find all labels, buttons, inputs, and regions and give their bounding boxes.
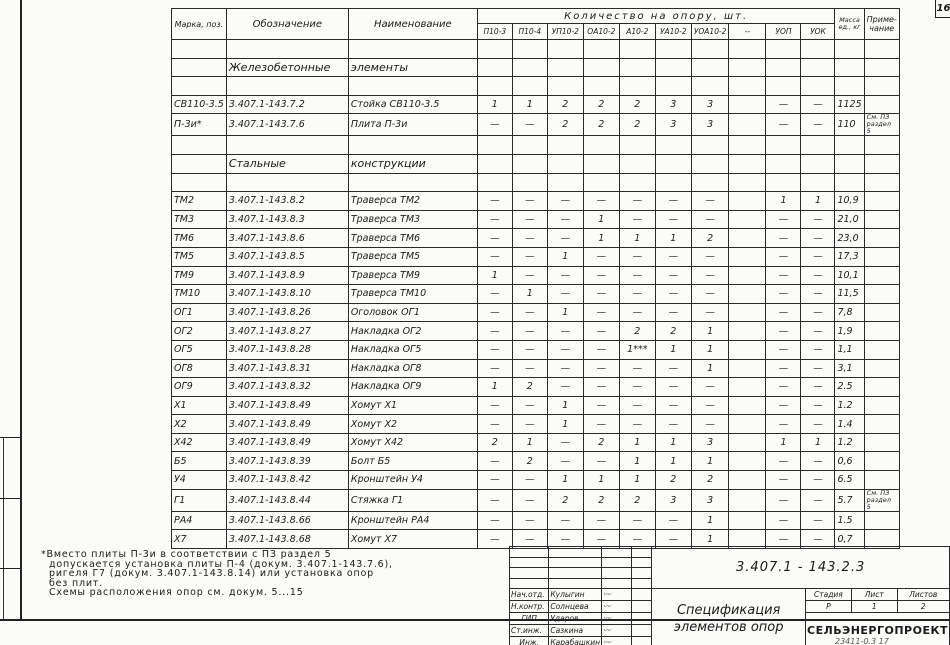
mark-cell: ТМ5 xyxy=(172,247,227,266)
quantity-cell: — xyxy=(801,511,835,530)
quantity-cell: — xyxy=(512,229,547,248)
mark-cell: Б5 xyxy=(172,452,227,471)
mass-cell: 5.7 xyxy=(835,489,864,511)
quantity-cell: — xyxy=(691,210,729,229)
quantity-cell: — xyxy=(512,303,547,322)
quantity-cell: — xyxy=(547,433,583,452)
table-row: РА43.407.1-143.8.66Кронштейн РА4——————1—… xyxy=(172,511,900,530)
designation-cell: 3.407.1-143.8.5 xyxy=(226,247,348,266)
mass-cell: 2.5 xyxy=(835,378,864,397)
quantity-cell: — xyxy=(619,303,655,322)
quantity-cell: 1 xyxy=(547,396,583,415)
quantity-cell: — xyxy=(766,303,801,322)
quantity-cell: — xyxy=(477,229,512,248)
mark-cell: Х1 xyxy=(172,396,227,415)
quantity-cell: 1 xyxy=(691,359,729,378)
quantity-cell: — xyxy=(801,489,835,511)
note-cell xyxy=(864,340,899,359)
note-cell xyxy=(864,415,899,434)
quantity-cell: — xyxy=(547,511,583,530)
quantity-cell: 1 xyxy=(477,95,512,114)
mark-cell: ОГ1 xyxy=(172,303,227,322)
quantity-cell: — xyxy=(766,247,801,266)
signature: 〰 xyxy=(602,613,632,625)
mass-cell: 1.2 xyxy=(835,433,864,452)
header-mark: Марка, поз. xyxy=(172,9,227,40)
section-spacer xyxy=(172,154,227,173)
quantity-cell: 3 xyxy=(691,95,729,114)
mass-cell: 1.2 xyxy=(835,396,864,415)
quantity-cell: — xyxy=(583,415,619,434)
mark-cell: Х42 xyxy=(172,433,227,452)
document-code: 3.407.1 - 143.2.3 xyxy=(652,547,950,589)
empty-row xyxy=(172,136,900,155)
staff-role: Инж. xyxy=(510,637,549,645)
quantity-cell: 1 xyxy=(583,229,619,248)
quantity-cell: 1 xyxy=(477,266,512,285)
section-title-cont: элементы xyxy=(348,58,477,77)
quantity-cell: 1 xyxy=(655,433,691,452)
quantity-cell: — xyxy=(766,452,801,471)
support-type-header: П10-3 xyxy=(477,24,512,40)
note-cell xyxy=(864,471,899,490)
note-cell xyxy=(864,378,899,397)
header-quantity: Количество на опору, шт. xyxy=(477,9,835,24)
name-cell: Хомут Х1 xyxy=(348,396,477,415)
name-cell: Траверса ТМ10 xyxy=(348,285,477,304)
quantity-cell: — xyxy=(619,285,655,304)
quantity-cell: — xyxy=(766,471,801,490)
designation-cell: 3.407.1-143.8.44 xyxy=(226,489,348,511)
quantity-cell: 1 xyxy=(619,229,655,248)
quantity-cell xyxy=(729,359,766,378)
quantity-cell xyxy=(729,489,766,511)
quantity-cell: — xyxy=(512,266,547,285)
quantity-cell: 2 xyxy=(691,471,729,490)
quantity-cell xyxy=(729,396,766,415)
quantity-cell xyxy=(729,415,766,434)
quantity-cell: 1 xyxy=(801,433,835,452)
name-cell: Кронштейн У4 xyxy=(348,471,477,490)
header-mass: Масса ед., кг xyxy=(835,9,864,40)
quantity-cell: 1 xyxy=(655,229,691,248)
quantity-cell: — xyxy=(512,114,547,136)
empty-row xyxy=(172,40,900,59)
bottom-code: 23411-0.3 17 xyxy=(835,637,889,645)
name-cell: Накладка ОГ9 xyxy=(348,378,477,397)
table-row: СВ110-3.53.407.1-143.7.2Стойка СВ110-3.5… xyxy=(172,95,900,114)
signature: 〰 xyxy=(602,625,632,637)
quantity-cell xyxy=(729,266,766,285)
note-cell xyxy=(864,452,899,471)
footnote: *Вместо плиты П-3и в соответствии с ПЗ р… xyxy=(41,550,393,598)
quantity-cell: — xyxy=(583,266,619,285)
quantity-cell: — xyxy=(619,192,655,211)
quantity-cell: — xyxy=(583,303,619,322)
quantity-cell: 2 xyxy=(512,452,547,471)
quantity-cell: 2 xyxy=(547,114,583,136)
staff-name: Кулыгин xyxy=(549,589,602,601)
quantity-cell: — xyxy=(801,322,835,341)
quantity-cell xyxy=(729,229,766,248)
note-cell: См. ПЗ раздел 5 xyxy=(864,114,899,136)
name-cell: Накладка ОГ5 xyxy=(348,340,477,359)
quantity-cell: — xyxy=(655,415,691,434)
quantity-cell: 2 xyxy=(619,322,655,341)
quantity-cell: 1 xyxy=(547,415,583,434)
quantity-cell xyxy=(729,303,766,322)
footnote-line: Схемы расположения опор см. докум. 5...1… xyxy=(41,588,393,598)
quantity-cell: — xyxy=(655,247,691,266)
quantity-cell: — xyxy=(801,247,835,266)
designation-cell: 3.407.1-143.8.66 xyxy=(226,511,348,530)
quantity-cell: 2 xyxy=(583,489,619,511)
table-row: ОГ53.407.1-143.8.28Накладка ОГ5————1***1… xyxy=(172,340,900,359)
quantity-cell: — xyxy=(766,266,801,285)
table-row: ТМ23.407.1-143.8.2Траверса ТМ2———————111… xyxy=(172,192,900,211)
quantity-cell: — xyxy=(655,359,691,378)
table-row: ОГ23.407.1-143.8.27Накладка ОГ2————221——… xyxy=(172,322,900,341)
mass-cell: 110 xyxy=(835,114,864,136)
quantity-cell: — xyxy=(766,378,801,397)
table-row: ОГ93.407.1-143.8.32Накладка ОГ912———————… xyxy=(172,378,900,397)
mass-cell: 1125 xyxy=(835,95,864,114)
name-cell: Траверса ТМ3 xyxy=(348,210,477,229)
quantity-cell: 2 xyxy=(619,489,655,511)
quantity-cell xyxy=(729,285,766,304)
mark-cell: ТМ9 xyxy=(172,266,227,285)
quantity-cell: 1 xyxy=(801,192,835,211)
quantity-cell: 3 xyxy=(655,114,691,136)
mass-cell: 21,0 xyxy=(835,210,864,229)
section-header-row: Железобетонныеэлементы xyxy=(172,58,900,77)
quantity-cell: — xyxy=(766,285,801,304)
name-cell: Хомут Х42 xyxy=(348,433,477,452)
quantity-cell: — xyxy=(477,396,512,415)
quantity-cell xyxy=(729,192,766,211)
table-row: Г13.407.1-143.8.44Стяжка Г1——22233——5.7С… xyxy=(172,489,900,511)
quantity-cell: — xyxy=(801,378,835,397)
quantity-cell: — xyxy=(512,359,547,378)
quantity-cell xyxy=(729,322,766,341)
quantity-cell: — xyxy=(512,396,547,415)
document-title-line2: элементов опор xyxy=(653,619,804,636)
staff-name: Сазкина xyxy=(549,625,602,637)
mark-cell: Х2 xyxy=(172,415,227,434)
quantity-cell: 1 xyxy=(766,192,801,211)
quantity-cell: — xyxy=(801,229,835,248)
name-cell: Кронштейн РА4 xyxy=(348,511,477,530)
quantity-cell: — xyxy=(801,415,835,434)
name-cell: Накладка ОГ2 xyxy=(348,322,477,341)
quantity-cell: 3 xyxy=(655,95,691,114)
quantity-cell: — xyxy=(691,247,729,266)
name-cell: Траверса ТМ9 xyxy=(348,266,477,285)
mark-cell: ОГ2 xyxy=(172,322,227,341)
quantity-cell: 1 xyxy=(512,285,547,304)
quantity-cell: — xyxy=(691,192,729,211)
quantity-cell: — xyxy=(547,229,583,248)
staff-name: Солнцева xyxy=(549,601,602,613)
header-name: Наименование xyxy=(348,9,477,40)
quantity-cell: — xyxy=(801,452,835,471)
quantity-cell xyxy=(729,95,766,114)
designation-cell: 3.407.1-143.8.49 xyxy=(226,415,348,434)
signature: 〰 xyxy=(602,589,632,601)
quantity-cell: — xyxy=(619,415,655,434)
name-cell: Болт Б5 xyxy=(348,452,477,471)
quantity-cell xyxy=(729,452,766,471)
quantity-cell: 1 xyxy=(547,303,583,322)
quantity-cell: — xyxy=(655,192,691,211)
quantity-cell: 2 xyxy=(477,433,512,452)
support-type-header: УОК xyxy=(801,24,835,40)
quantity-cell: — xyxy=(583,452,619,471)
mark-cell: ОГ5 xyxy=(172,340,227,359)
sheets-value: 2 xyxy=(897,601,949,613)
quantity-cell: — xyxy=(477,322,512,341)
mass-cell: 1,9 xyxy=(835,322,864,341)
name-cell: Траверса ТМ2 xyxy=(348,192,477,211)
support-type-header: УП10-2 xyxy=(547,24,583,40)
quantity-cell: 2 xyxy=(547,95,583,114)
header-note: Приме-чание xyxy=(864,9,899,40)
quantity-cell: — xyxy=(583,378,619,397)
support-type-header: П10-4 xyxy=(512,24,547,40)
designation-cell: 3.407.1-143.8.28 xyxy=(226,340,348,359)
mass-cell: 1.5 xyxy=(835,511,864,530)
quantity-cell: 1 xyxy=(655,452,691,471)
quantity-cell: — xyxy=(547,452,583,471)
section-title-cont: конструкции xyxy=(348,154,477,173)
support-type-header: УОА10-2 xyxy=(691,24,729,40)
quantity-cell: — xyxy=(655,210,691,229)
name-cell: Хомут Х2 xyxy=(348,415,477,434)
support-type-header: ОА10-2 xyxy=(583,24,619,40)
staff-role: ГИП xyxy=(510,613,549,625)
quantity-cell: — xyxy=(619,359,655,378)
designation-cell: 3.407.1-143.8.10 xyxy=(226,285,348,304)
support-type-header: -- xyxy=(729,24,766,40)
quantity-cell: 1 xyxy=(691,452,729,471)
quantity-cell: — xyxy=(583,322,619,341)
quantity-cell: — xyxy=(766,489,801,511)
quantity-cell: 3 xyxy=(691,489,729,511)
mark-cell: ТМ6 xyxy=(172,229,227,248)
mark-cell: Х7 xyxy=(172,530,227,549)
quantity-cell: — xyxy=(477,247,512,266)
note-cell xyxy=(864,192,899,211)
quantity-cell: — xyxy=(766,210,801,229)
staff-name: Ударов xyxy=(549,613,602,625)
signature: 〰 xyxy=(602,637,632,645)
mass-cell: 23,0 xyxy=(835,229,864,248)
designation-cell: 3.407.1-143.8.3 xyxy=(226,210,348,229)
quantity-cell xyxy=(729,511,766,530)
mass-cell: 10,1 xyxy=(835,266,864,285)
note-cell xyxy=(864,266,899,285)
sheets-label: Листов xyxy=(897,589,949,601)
note-cell xyxy=(864,247,899,266)
quantity-cell: — xyxy=(583,340,619,359)
table-row: ТМ93.407.1-143.8.9Траверса ТМ91————————1… xyxy=(172,266,900,285)
name-cell: Стойка СВ110-3.5 xyxy=(348,95,477,114)
empty-row xyxy=(172,173,900,192)
quantity-cell: 2 xyxy=(619,114,655,136)
quantity-cell: — xyxy=(477,340,512,359)
quantity-cell: 2 xyxy=(512,378,547,397)
table-row: У43.407.1-143.8.42Кронштейн У4——11122——6… xyxy=(172,471,900,490)
note-cell xyxy=(864,303,899,322)
quantity-cell: — xyxy=(477,452,512,471)
mass-cell: 11,5 xyxy=(835,285,864,304)
name-cell: Хомут Х7 xyxy=(348,530,477,549)
quantity-cell: — xyxy=(766,322,801,341)
mark-cell: Г1 xyxy=(172,489,227,511)
quantity-cell: — xyxy=(619,511,655,530)
quantity-cell: — xyxy=(619,210,655,229)
quantity-cell: 2 xyxy=(583,433,619,452)
designation-cell: 3.407.1-143.8.49 xyxy=(226,433,348,452)
quantity-cell: — xyxy=(547,322,583,341)
quantity-cell: — xyxy=(477,192,512,211)
mark-cell: РА4 xyxy=(172,511,227,530)
quantity-cell: 1 xyxy=(619,471,655,490)
mass-cell: 6.5 xyxy=(835,471,864,490)
document-title: Спецификация элементов опор xyxy=(652,589,806,645)
quantity-cell: 1 xyxy=(477,378,512,397)
quantity-cell xyxy=(729,210,766,229)
note-cell xyxy=(864,229,899,248)
sheet-value: 1 xyxy=(851,601,897,613)
quantity-cell: 1 xyxy=(512,95,547,114)
quantity-cell: — xyxy=(583,285,619,304)
designation-cell: 3.407.1-143.8.6 xyxy=(226,229,348,248)
table-row: ОГ83.407.1-143.8.31Накладка ОГ8——————1——… xyxy=(172,359,900,378)
table-row: Х423.407.1-143.8.49Хомут Х4221—2113111.2 xyxy=(172,433,900,452)
mark-cell: У4 xyxy=(172,471,227,490)
header-designation: Обозначение xyxy=(226,9,348,40)
empty-row xyxy=(172,77,900,96)
table-row: ТМ33.407.1-143.8.3Траверса ТМ3———1—————2… xyxy=(172,210,900,229)
mark-cell: П-3и* xyxy=(172,114,227,136)
side-stamp-strip xyxy=(0,437,21,620)
section-spacer xyxy=(172,58,227,77)
quantity-cell: — xyxy=(801,210,835,229)
quantity-cell: — xyxy=(619,266,655,285)
quantity-cell: — xyxy=(766,229,801,248)
mass-cell: 3,1 xyxy=(835,359,864,378)
quantity-cell: — xyxy=(655,303,691,322)
quantity-cell: — xyxy=(801,396,835,415)
note-cell xyxy=(864,359,899,378)
quantity-cell: — xyxy=(619,378,655,397)
quantity-cell: 3 xyxy=(691,433,729,452)
quantity-cell: — xyxy=(477,359,512,378)
quantity-cell: — xyxy=(691,396,729,415)
designation-cell: 3.407.1-143.8.31 xyxy=(226,359,348,378)
quantity-cell xyxy=(729,114,766,136)
note-cell: См. ПЗ раздел 5 xyxy=(864,489,899,511)
quantity-cell: 1 xyxy=(547,247,583,266)
quantity-cell: — xyxy=(691,266,729,285)
quantity-cell: — xyxy=(477,210,512,229)
mass-cell: 1,1 xyxy=(835,340,864,359)
quantity-cell: — xyxy=(801,95,835,114)
note-cell xyxy=(864,95,899,114)
note-cell xyxy=(864,433,899,452)
quantity-cell: 1*** xyxy=(619,340,655,359)
name-cell: Плита П-3и xyxy=(348,114,477,136)
quantity-cell: — xyxy=(766,415,801,434)
quantity-cell: — xyxy=(583,511,619,530)
quantity-cell: — xyxy=(766,340,801,359)
table-row: ТМ53.407.1-143.8.5Траверса ТМ5——1——————1… xyxy=(172,247,900,266)
staff-role: Нач.отд. xyxy=(510,589,549,601)
note-cell xyxy=(864,210,899,229)
mark-cell: СВ110-3.5 xyxy=(172,95,227,114)
staff-role: Ст.инж. xyxy=(510,625,549,637)
mark-cell: ОГ8 xyxy=(172,359,227,378)
quantity-cell: 2 xyxy=(583,95,619,114)
table-row: Х23.407.1-143.8.49Хомут Х2——1——————1.4 xyxy=(172,415,900,434)
support-type-header: А10-2 xyxy=(619,24,655,40)
quantity-cell: — xyxy=(547,285,583,304)
designation-cell: 3.407.1-143.8.27 xyxy=(226,322,348,341)
table-row: Х13.407.1-143.8.49Хомут Х1——1——————1.2 xyxy=(172,396,900,415)
quantity-cell: 1 xyxy=(583,210,619,229)
quantity-cell: 1 xyxy=(619,452,655,471)
quantity-cell: — xyxy=(547,340,583,359)
quantity-cell: — xyxy=(619,247,655,266)
table-row: Б53.407.1-143.8.39Болт Б5—2——111——0,6 xyxy=(172,452,900,471)
page-number: 16 xyxy=(935,0,950,18)
quantity-cell: — xyxy=(801,471,835,490)
quantity-cell xyxy=(729,433,766,452)
quantity-cell: 1 xyxy=(655,340,691,359)
quantity-cell: — xyxy=(512,340,547,359)
quantity-cell: — xyxy=(583,247,619,266)
mass-cell: 10,9 xyxy=(835,192,864,211)
quantity-cell: — xyxy=(801,285,835,304)
document-title-line1: Спецификация xyxy=(653,602,804,619)
quantity-cell: — xyxy=(583,192,619,211)
quantity-cell xyxy=(729,340,766,359)
quantity-cell: — xyxy=(766,359,801,378)
designation-cell: 3.407.1-143.7.2 xyxy=(226,95,348,114)
quantity-cell: — xyxy=(691,285,729,304)
quantity-cell: — xyxy=(766,95,801,114)
quantity-cell: — xyxy=(547,378,583,397)
table-row: ТМ103.407.1-143.8.10Траверса ТМ10—1—————… xyxy=(172,285,900,304)
quantity-cell: — xyxy=(477,114,512,136)
quantity-cell: 1 xyxy=(691,340,729,359)
quantity-cell: 1 xyxy=(547,471,583,490)
quantity-cell: — xyxy=(655,285,691,304)
table-row: ОГ13.407.1-143.8.26Оголовок ОГ1——1——————… xyxy=(172,303,900,322)
quantity-cell: 1 xyxy=(512,433,547,452)
quantity-cell: — xyxy=(691,415,729,434)
quantity-cell: — xyxy=(477,489,512,511)
note-cell xyxy=(864,396,899,415)
quantity-cell: 3 xyxy=(691,114,729,136)
quantity-cell: — xyxy=(691,303,729,322)
quantity-cell: — xyxy=(655,396,691,415)
staff-role: Н.контр. xyxy=(510,601,549,613)
quantity-cell: — xyxy=(801,340,835,359)
quantity-cell: 3 xyxy=(655,489,691,511)
mark-cell: ТМ10 xyxy=(172,285,227,304)
